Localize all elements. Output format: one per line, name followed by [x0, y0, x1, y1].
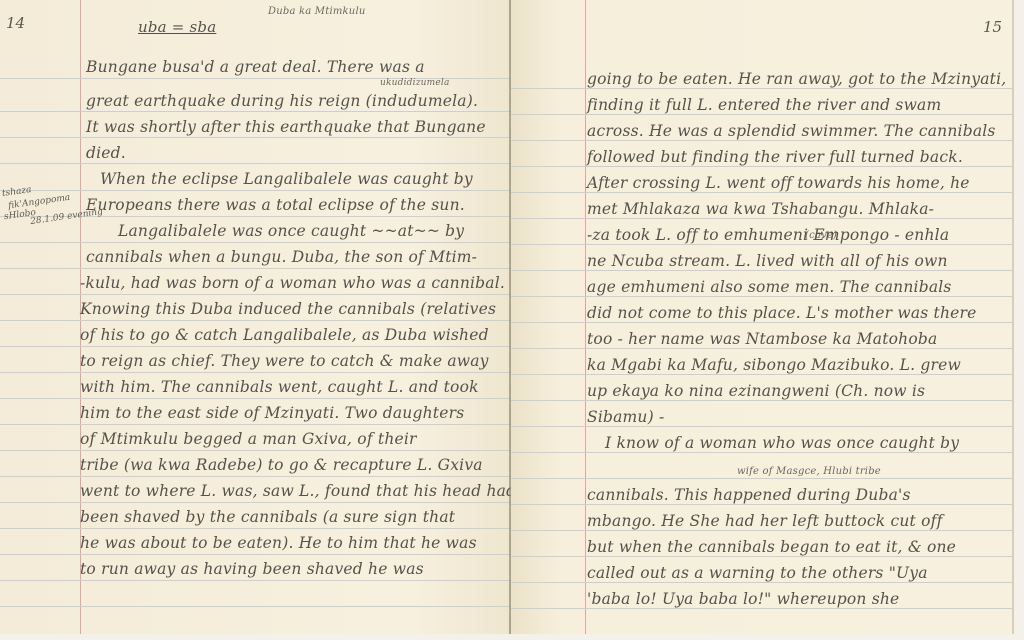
margin-note: tshaza	[1, 185, 32, 199]
text-line: been shaved by the cannibals (a sure sig…	[80, 508, 455, 526]
right-page: 15 (cave) wife of Masgce, Hlubi tribe go…	[511, 0, 1014, 634]
text-line: with him. The cannibals went, caught L. …	[80, 378, 479, 396]
text-line: across. He was a splendid swimmer. The c…	[587, 122, 996, 140]
header-note: Duba ka Mtimkulu	[268, 6, 365, 17]
ruled-line	[511, 426, 1012, 427]
ruled-line	[0, 320, 511, 321]
ruled-line	[511, 504, 1012, 505]
text-line: ne Ncuba stream. L. lived with all of hi…	[587, 252, 948, 270]
ruled-line	[511, 114, 1012, 115]
ruled-line	[0, 190, 511, 191]
text-line: great earthquake during his reign (indud…	[86, 92, 478, 110]
ruled-line	[511, 452, 1012, 453]
text-line: of his to go & catch Langalibalele, as D…	[80, 326, 489, 344]
text-line: of Mtimkulu begged a man Gxiva, of their	[80, 430, 417, 448]
ruled-line	[511, 88, 1012, 89]
ruled-line	[511, 322, 1012, 323]
text-line: Knowing this Duba induced the cannibals …	[80, 300, 496, 318]
text-line: cannibals when a bungu. Duba, the son of…	[86, 248, 477, 266]
text-line: -kulu, had was born of a woman who was a…	[80, 274, 505, 292]
text-line: ka Mgabi ka Mafu, sibongo Mazibuko. L. g…	[587, 356, 961, 374]
ruled-line	[0, 580, 511, 581]
text-line: 'baba lo! Uya baba lo!" whereupon she	[587, 590, 899, 608]
interlinear-insert: ukudidizumela	[380, 78, 450, 88]
ruled-line	[0, 163, 511, 164]
ruled-line	[511, 530, 1012, 531]
ruled-line	[0, 268, 511, 269]
text-line: he was about to be eaten). He to him tha…	[80, 534, 477, 552]
text-line: up ekaya ko nina ezinangweni (Ch. now is	[587, 382, 925, 400]
ruled-line	[0, 111, 511, 112]
text-line: him to the east side of Mzinyati. Two da…	[80, 404, 464, 422]
ruled-line	[0, 606, 511, 607]
text-line: to run away as having been shaved he was	[80, 560, 424, 578]
text-line: I know of a woman who was once caught by	[605, 434, 959, 452]
text-line: -za took L. off to emhumeni Empongo - en…	[587, 226, 949, 244]
ruled-line	[511, 166, 1012, 167]
ruled-line	[0, 398, 511, 399]
text-line: going to be eaten. He ran away, got to t…	[587, 70, 1006, 88]
ruled-line	[511, 556, 1012, 557]
page-number: 15	[983, 18, 1002, 36]
ruled-line	[511, 608, 1012, 609]
ruled-line	[511, 348, 1012, 349]
ruled-line	[0, 346, 511, 347]
ruled-line	[511, 270, 1012, 271]
ruled-line	[511, 140, 1012, 141]
text-line: When the eclipse Langalibalele was caugh…	[100, 170, 473, 188]
text-line: but when the cannibals began to eat it, …	[587, 538, 956, 556]
text-line: too - her name was Ntambose ka Matohoba	[587, 330, 937, 348]
ruled-line	[0, 424, 511, 425]
margin-line	[585, 0, 586, 634]
text-line: went to where L. was, saw L., found that…	[80, 482, 511, 500]
text-line: age emhumeni also some men. The cannibal…	[587, 278, 952, 296]
ruled-line	[0, 528, 511, 529]
text-line: Langalibalele was once caught ~~at~~ by	[118, 222, 464, 240]
text-line: died.	[86, 144, 126, 162]
text-line: finding it full L. entered the river and…	[587, 96, 941, 114]
interlinear-insert: wife of Masgce, Hlubi tribe	[737, 466, 881, 477]
ruled-line	[511, 400, 1012, 401]
ruled-line	[511, 244, 1012, 245]
ruled-line	[0, 294, 511, 295]
ruled-line	[0, 476, 511, 477]
ruled-line	[0, 372, 511, 373]
text-line: did not come to this place. L's mother w…	[587, 304, 977, 322]
ruled-line	[511, 192, 1012, 193]
text-line: followed but finding the river full turn…	[587, 148, 963, 166]
text-line: tribe (wa kwa Radebe) to go & recapture …	[80, 456, 483, 474]
ruled-line	[0, 554, 511, 555]
ruled-line	[511, 478, 1012, 479]
text-line: Sibamu) -	[587, 408, 664, 426]
text-line: mbango. He She had her left buttock cut …	[587, 512, 943, 530]
page-heading: uba = sba	[138, 18, 216, 36]
ruled-line	[511, 374, 1012, 375]
text-line: Europeans there was a total eclipse of t…	[86, 196, 465, 214]
ruled-line	[0, 450, 511, 451]
ruled-line	[0, 502, 511, 503]
margin-note-date: 28.1.09 evening	[30, 207, 104, 227]
left-page: 14 uba = sba Duba ka Mtimkulu ukudidizum…	[0, 0, 511, 634]
ruled-line	[511, 296, 1012, 297]
text-line: met Mhlakaza wa kwa Tshabangu. Mhlaka-	[587, 200, 934, 218]
text-line: cannibals. This happened during Duba's	[587, 486, 911, 504]
text-line: called out as a warning to the others "U…	[587, 564, 928, 582]
text-line: It was shortly after this earthquake tha…	[86, 118, 486, 136]
text-line: to reign as chief. They were to catch & …	[80, 352, 489, 370]
ruled-line	[511, 218, 1012, 219]
ruled-line	[511, 582, 1012, 583]
ruled-line	[0, 242, 511, 243]
text-line: After crossing L. went off towards his h…	[587, 174, 970, 192]
notebook-spread: 14 uba = sba Duba ka Mtimkulu ukudidizum…	[0, 0, 1012, 634]
ruled-line	[0, 137, 511, 138]
text-line: Bungane busa'd a great deal. There was a	[86, 58, 425, 76]
page-number: 14	[6, 14, 25, 32]
